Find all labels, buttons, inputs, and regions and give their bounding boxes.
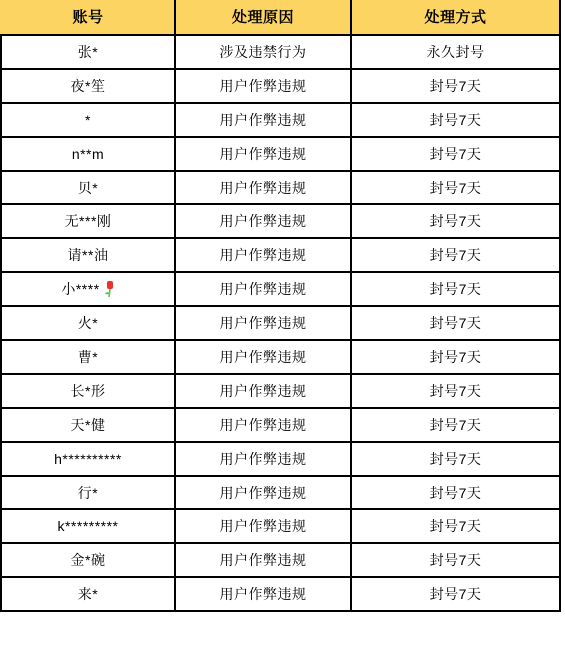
reason-cell: 用户作弊违规 [175,374,351,408]
account-cell: n**m [1,137,175,171]
action-cell-text: 封号7天 [430,78,482,94]
reason-cell: 用户作弊违规 [175,476,351,510]
action-cell: 封号7天 [351,272,560,306]
action-cell: 封号7天 [351,204,560,238]
action-cell-text: 永久封号 [427,44,485,60]
account-cell-text: 请**油 [68,247,109,263]
account-cell: 来* [1,577,175,611]
action-cell: 封号7天 [351,442,560,476]
reason-cell-text: 用户作弊违规 [220,518,307,534]
column-header-reason: 处理原因 [175,0,351,35]
table-row: 天*健用户作弊违规封号7天 [1,408,560,442]
account-cell: 张* [1,35,175,69]
action-cell: 封号7天 [351,171,560,205]
reason-cell: 用户作弊违规 [175,272,351,306]
rose-icon [104,281,115,298]
account-cell: 小**** [1,272,175,306]
table-row: h**********用户作弊违规封号7天 [1,442,560,476]
reason-cell-text: 涉及违禁行为 [220,44,307,60]
reason-cell-text: 用户作弊违规 [220,383,307,399]
action-cell: 封号7天 [351,306,560,340]
action-cell: 封号7天 [351,238,560,272]
reason-cell-text: 用户作弊违规 [220,349,307,365]
reason-cell: 涉及违禁行为 [175,35,351,69]
reason-cell: 用户作弊违规 [175,171,351,205]
action-cell: 封号7天 [351,543,560,577]
account-cell: 贝* [1,171,175,205]
account-cell-text: * [85,112,91,128]
account-cell-text: k********* [57,518,118,534]
action-cell-text: 封号7天 [430,247,482,263]
table-row: k*********用户作弊违规封号7天 [1,509,560,543]
account-cell: 行* [1,476,175,510]
table-row: 金*碗用户作弊违规封号7天 [1,543,560,577]
reason-cell: 用户作弊违规 [175,577,351,611]
action-cell-text: 封号7天 [430,349,482,365]
action-cell: 封号7天 [351,340,560,374]
table-row: 曹*用户作弊违规封号7天 [1,340,560,374]
reason-cell-text: 用户作弊违规 [220,247,307,263]
account-cell-text: 来* [78,586,98,602]
account-cell: 无***刚 [1,204,175,238]
action-cell-text: 封号7天 [430,112,482,128]
action-cell: 封号7天 [351,374,560,408]
account-cell-text: 长*形 [71,383,106,399]
reason-cell: 用户作弊违规 [175,69,351,103]
reason-cell: 用户作弊违规 [175,442,351,476]
action-cell: 封号7天 [351,476,560,510]
account-cell-text: 火* [78,315,98,331]
table-row: 来*用户作弊违规封号7天 [1,577,560,611]
action-cell-text: 封号7天 [430,417,482,433]
reason-cell-text: 用户作弊违规 [220,417,307,433]
reason-cell-text: 用户作弊违规 [220,112,307,128]
reason-cell: 用户作弊违规 [175,408,351,442]
action-cell: 封号7天 [351,137,560,171]
action-cell-text: 封号7天 [430,518,482,534]
punishment-table: 账号 处理原因 处理方式 张*涉及违禁行为永久封号夜*笙用户作弊违规封号7天*用… [0,0,561,612]
reason-cell: 用户作弊违规 [175,543,351,577]
action-cell-text: 封号7天 [430,383,482,399]
reason-cell-text: 用户作弊违规 [220,146,307,162]
table-body: 张*涉及违禁行为永久封号夜*笙用户作弊违规封号7天*用户作弊违规封号7天n**m… [1,35,560,611]
reason-cell-text: 用户作弊违规 [220,485,307,501]
account-cell-text: 夜*笙 [71,78,106,94]
action-cell-text: 封号7天 [430,552,482,568]
reason-cell-text: 用户作弊违规 [220,315,307,331]
action-cell: 封号7天 [351,408,560,442]
table-row: 夜*笙用户作弊违规封号7天 [1,69,560,103]
account-cell-text: 贝* [78,180,98,196]
reason-cell: 用户作弊违规 [175,238,351,272]
action-cell: 封号7天 [351,103,560,137]
action-cell-text: 封号7天 [430,146,482,162]
table-row: n**m用户作弊违规封号7天 [1,137,560,171]
action-cell-text: 封号7天 [430,180,482,196]
account-cell-text: 张* [78,44,98,60]
table-row: 长*形用户作弊违规封号7天 [1,374,560,408]
account-cell: 天*健 [1,408,175,442]
table-row: 请**油用户作弊违规封号7天 [1,238,560,272]
table-row: 小****用户作弊违规封号7天 [1,272,560,306]
account-cell-text: 曹* [78,349,98,365]
account-cell-text: h********** [54,451,122,467]
header-row: 账号 处理原因 处理方式 [1,0,560,35]
table-row: 贝*用户作弊违规封号7天 [1,171,560,205]
column-header-action: 处理方式 [351,0,560,35]
account-cell-text: n**m [72,146,104,162]
table-row: *用户作弊违规封号7天 [1,103,560,137]
table-row: 无***刚用户作弊违规封号7天 [1,204,560,238]
reason-cell: 用户作弊违规 [175,103,351,137]
account-cell: * [1,103,175,137]
account-cell: 金*碗 [1,543,175,577]
reason-cell: 用户作弊违规 [175,340,351,374]
action-cell-text: 封号7天 [430,586,482,602]
action-cell-text: 封号7天 [430,281,482,297]
account-cell: 长*形 [1,374,175,408]
reason-cell-text: 用户作弊违规 [220,281,307,297]
action-cell: 封号7天 [351,69,560,103]
column-header-account: 账号 [1,0,175,35]
reason-cell-text: 用户作弊违规 [220,180,307,196]
account-cell: k********* [1,509,175,543]
table-row: 行*用户作弊违规封号7天 [1,476,560,510]
reason-cell: 用户作弊违规 [175,509,351,543]
action-cell-text: 封号7天 [430,451,482,467]
reason-cell-text: 用户作弊违规 [220,586,307,602]
action-cell: 永久封号 [351,35,560,69]
reason-cell-text: 用户作弊违规 [220,213,307,229]
account-cell: 夜*笙 [1,69,175,103]
account-cell-text: 天*健 [71,417,106,433]
action-cell-text: 封号7天 [430,315,482,331]
reason-cell-text: 用户作弊违规 [220,552,307,568]
account-cell-text: 行* [78,485,98,501]
table-row: 张*涉及违禁行为永久封号 [1,35,560,69]
reason-cell: 用户作弊违规 [175,137,351,171]
action-cell: 封号7天 [351,577,560,611]
account-cell-text: 金*碗 [71,552,106,568]
account-cell-text: 无***刚 [65,213,112,229]
account-cell: h********** [1,442,175,476]
account-cell: 请**油 [1,238,175,272]
reason-cell: 用户作弊违规 [175,306,351,340]
action-cell-text: 封号7天 [430,485,482,501]
account-cell: 曹* [1,340,175,374]
reason-cell-text: 用户作弊违规 [220,451,307,467]
action-cell-text: 封号7天 [430,213,482,229]
account-cell: 火* [1,306,175,340]
account-cell-text: 小**** [61,281,99,297]
reason-cell-text: 用户作弊违规 [220,78,307,94]
table-row: 火*用户作弊违规封号7天 [1,306,560,340]
reason-cell: 用户作弊违规 [175,204,351,238]
action-cell: 封号7天 [351,509,560,543]
